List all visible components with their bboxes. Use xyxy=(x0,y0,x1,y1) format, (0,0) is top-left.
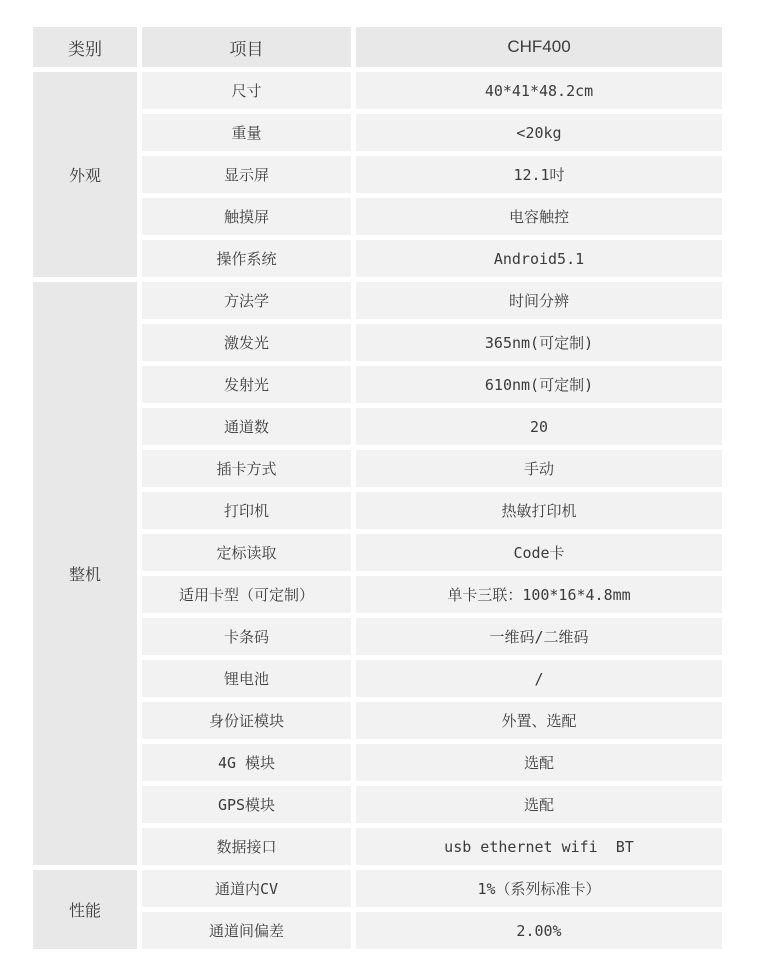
value-cell: 610nm(可定制) xyxy=(356,366,722,403)
item-cell: 通道间偏差 xyxy=(142,912,351,949)
value-cell: 一维码/二维码 xyxy=(356,618,722,655)
item-cell: 发射光 xyxy=(142,366,351,403)
item-cell: 数据接口 xyxy=(142,828,351,865)
value-cell: 1%（系列标准卡） xyxy=(356,870,722,907)
item-cell: 显示屏 xyxy=(142,156,351,193)
item-cell: 卡条码 xyxy=(142,618,351,655)
item-cell: 4G 模块 xyxy=(142,744,351,781)
header-cell-item: 项目 xyxy=(142,27,351,67)
item-cell: 插卡方式 xyxy=(142,450,351,487)
value-cell: 40*41*48.2cm xyxy=(356,72,722,109)
item-cell: GPS模块 xyxy=(142,786,351,823)
value-cell: 20 xyxy=(356,408,722,445)
value-cell: 选配 xyxy=(356,786,722,823)
value-cell: 时间分辨 xyxy=(356,282,722,319)
value-cell: 电容触控 xyxy=(356,198,722,235)
value-cell: usb ethernet wifi BT xyxy=(356,828,722,865)
spec-table: 类别 项目 CHF400 外观尺寸40*41*48.2cm重量<20kg显示屏1… xyxy=(33,27,722,949)
item-cell: 定标读取 xyxy=(142,534,351,571)
value-cell: 外置、选配 xyxy=(356,702,722,739)
header-cell-category: 类别 xyxy=(33,27,137,67)
value-cell: 12.1吋 xyxy=(356,156,722,193)
value-cell: 365nm(可定制) xyxy=(356,324,722,361)
item-cell: 身份证模块 xyxy=(142,702,351,739)
value-cell: / xyxy=(356,660,722,697)
value-cell: 手动 xyxy=(356,450,722,487)
value-cell: 热敏打印机 xyxy=(356,492,722,529)
item-cell: 通道数 xyxy=(142,408,351,445)
category-cell-1: 整机 xyxy=(33,282,137,865)
item-cell: 触摸屏 xyxy=(142,198,351,235)
category-cell-0: 外观 xyxy=(33,72,137,277)
item-cell: 激发光 xyxy=(142,324,351,361)
item-cell: 重量 xyxy=(142,114,351,151)
item-cell: 操作系统 xyxy=(142,240,351,277)
value-cell: Code卡 xyxy=(356,534,722,571)
value-cell: 单卡三联：100*16*4.8mm xyxy=(356,576,722,613)
item-cell: 通道内CV xyxy=(142,870,351,907)
item-cell: 适用卡型（可定制） xyxy=(142,576,351,613)
value-cell: <20kg xyxy=(356,114,722,151)
item-cell: 尺寸 xyxy=(142,72,351,109)
value-cell: 选配 xyxy=(356,744,722,781)
item-cell: 方法学 xyxy=(142,282,351,319)
value-cell: 2.00% xyxy=(356,912,722,949)
value-cell: Android5.1 xyxy=(356,240,722,277)
item-cell: 打印机 xyxy=(142,492,351,529)
item-cell: 锂电池 xyxy=(142,660,351,697)
header-cell-model: CHF400 xyxy=(356,27,722,67)
category-cell-2: 性能 xyxy=(33,870,137,949)
spec-sheet-page: 类别 项目 CHF400 外观尺寸40*41*48.2cm重量<20kg显示屏1… xyxy=(0,0,767,974)
